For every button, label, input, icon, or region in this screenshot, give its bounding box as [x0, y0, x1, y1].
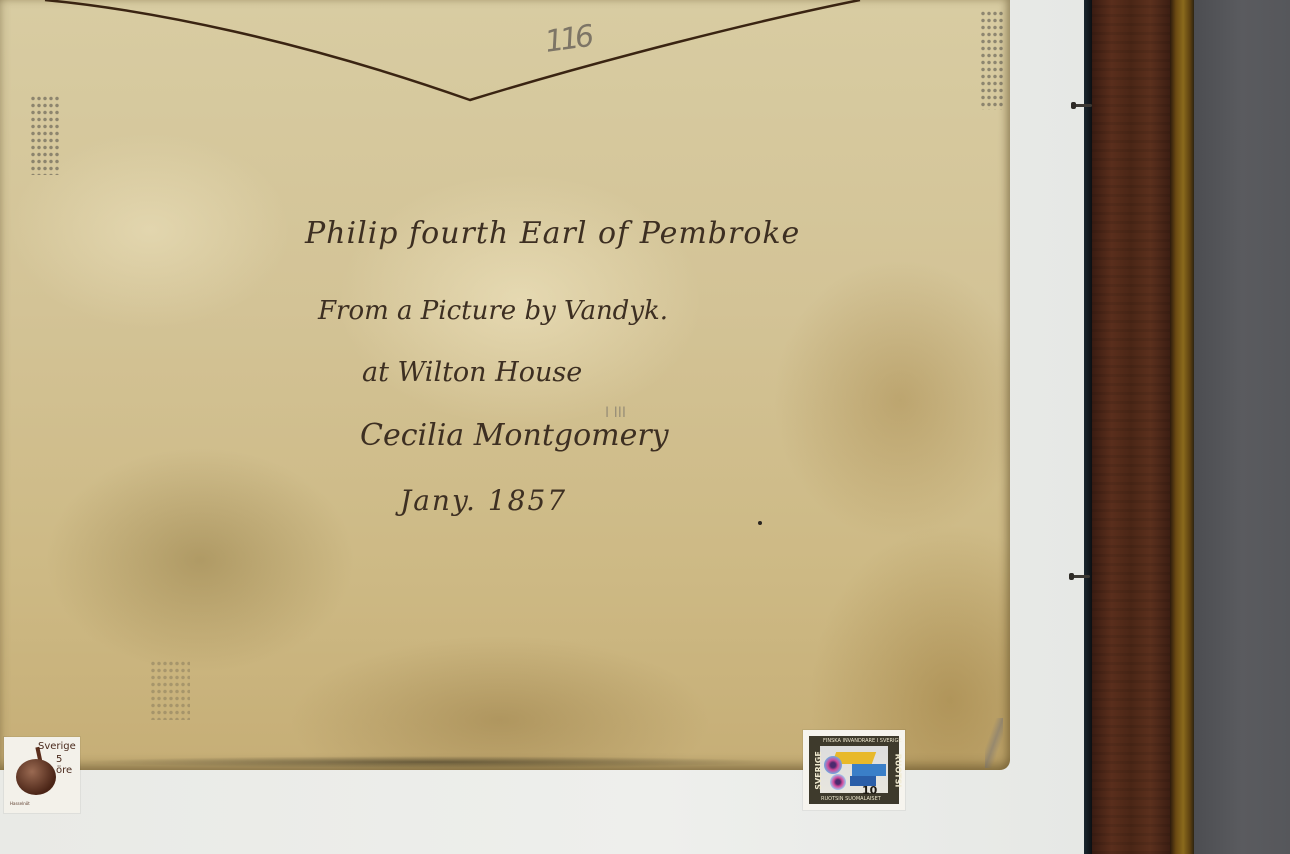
pencil-marks: I III: [605, 405, 626, 421]
stamp-country-left: SVERIGE: [814, 751, 823, 790]
fruit-icon: [16, 759, 56, 795]
gray-background: [1194, 0, 1290, 854]
photo-scene: 116 Philip fourth Earl of Pembroke From …: [0, 0, 1290, 854]
stamp-caption: Hasselnöt: [10, 801, 30, 806]
stamp-top-text: FINSKA INVANDRARE I SVERIGE: [823, 738, 902, 744]
inscription-line-title: Philip fourth Earl of Pembroke: [305, 216, 800, 251]
paper-edge-stain: [80, 756, 780, 768]
frame-inner-shadow: [1084, 0, 1092, 854]
inscription-line-signature: Cecilia Montgomery: [360, 418, 669, 453]
stamp-value: 5 öre: [56, 754, 80, 776]
pencil-catalog-number: 116: [543, 19, 593, 60]
paper-corner-fold: [985, 718, 1003, 768]
flower-icon: [824, 756, 842, 774]
mold-spots: [150, 660, 190, 720]
curved-ink-line: [0, 0, 1010, 120]
wooden-frame: [1092, 0, 1170, 854]
stamp-sverige-5-ore: Sverige 5 öre Hasselnöt: [4, 737, 80, 813]
stamp-sverige-ruotsi-10: FINSKA INVANDRARE I SVERIGE SVERIGE RUOT…: [803, 730, 905, 810]
nail-icon: [1074, 104, 1092, 107]
blue-bar-shape: [852, 764, 886, 776]
flower-icon: [830, 774, 846, 790]
inscription-line-date: Jany. 1857: [400, 484, 567, 517]
stamp-bottom-text: RUOTSIN SUOMALAISET: [821, 796, 881, 802]
ink-dot: [758, 521, 762, 525]
stamp-country: Sverige: [38, 741, 76, 752]
inscription-line-location: at Wilton House: [362, 357, 582, 388]
inscription-line-source: From a Picture by Vandyk.: [318, 296, 668, 326]
stamp-artwork: [820, 746, 888, 793]
nail-icon: [1072, 575, 1090, 578]
gilt-frame-edge: [1170, 0, 1194, 854]
stamp-country-right: RUOTSI: [893, 754, 902, 788]
stamp-frame: FINSKA INVANDRARE I SVERIGE SVERIGE RUOT…: [809, 736, 899, 804]
